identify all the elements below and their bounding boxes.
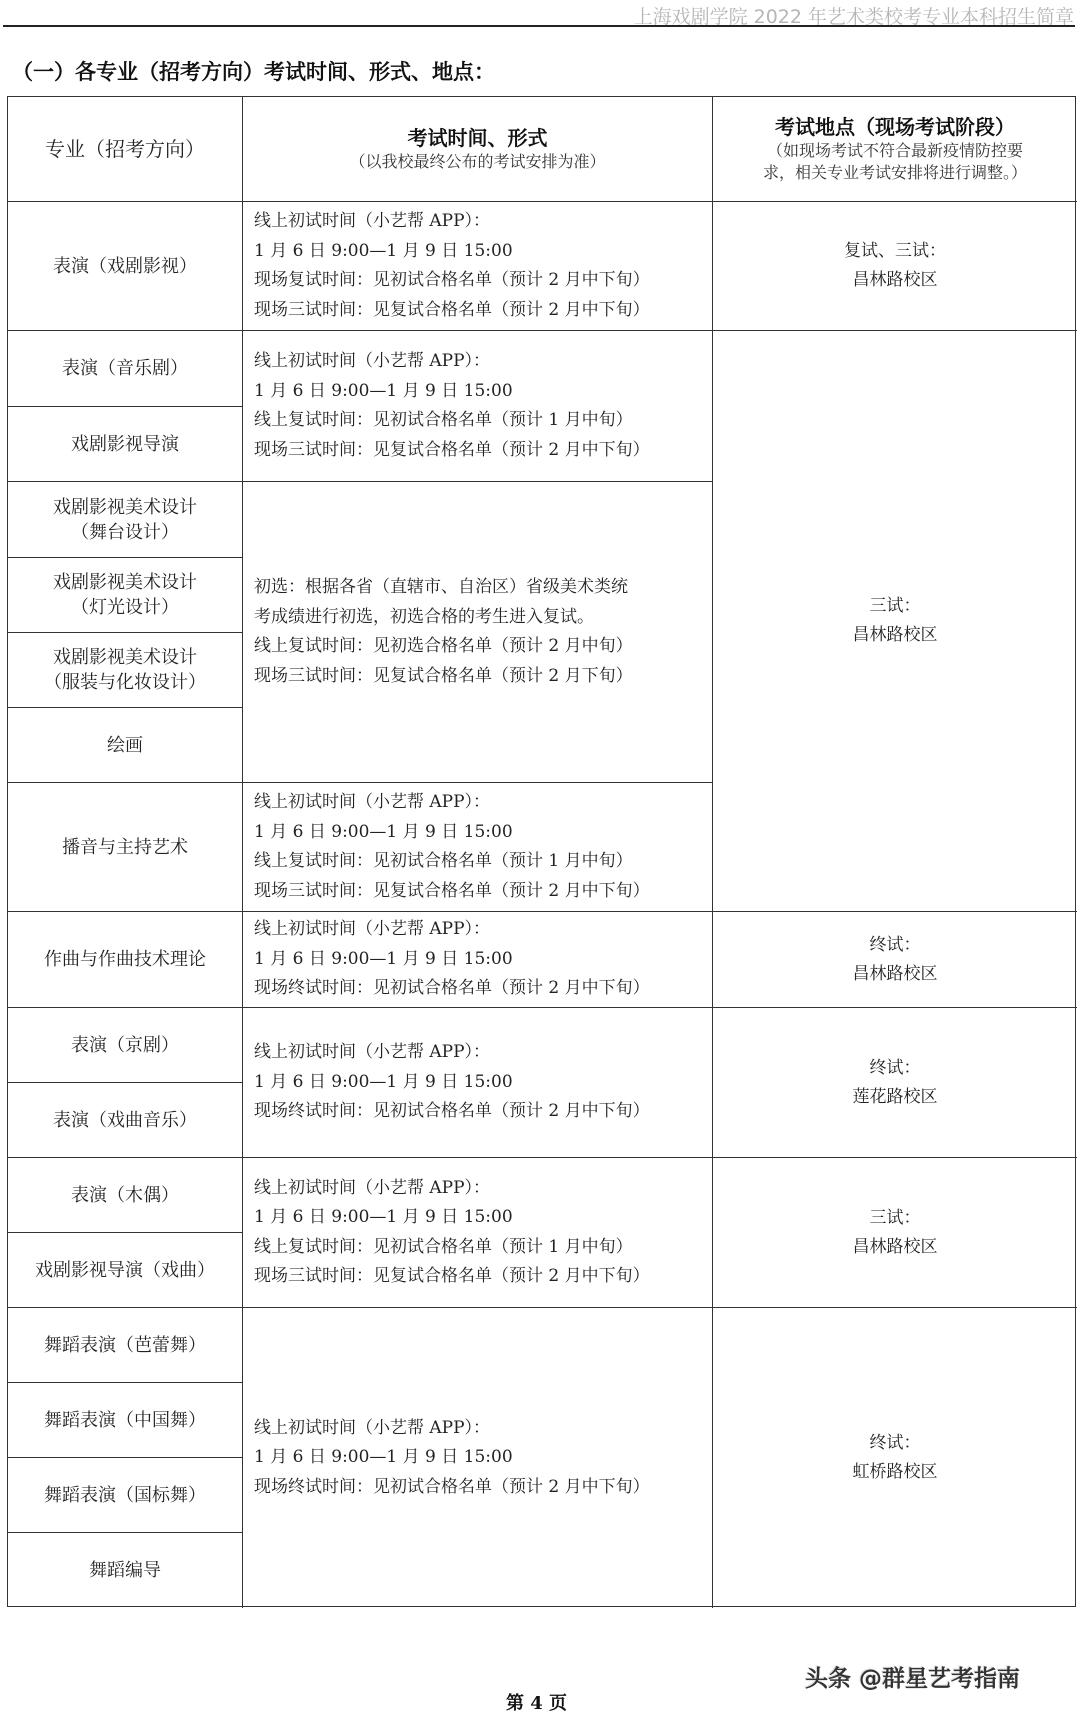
header-rule <box>3 25 1075 27</box>
major-cell: 舞蹈表演（国标舞） <box>8 1458 243 1533</box>
header-major-label: 专业（招考方向） <box>45 137 205 162</box>
major-cell: 表演（戏剧影视） <box>8 202 243 331</box>
schedule-line: 1 月 6 日 9:00—1 月 9 日 15:00 <box>254 945 650 975</box>
major-cell: 戏剧影视美术设计 （服装与化妆设计） <box>8 633 243 708</box>
schedule-line: 现场复试时间：见初试合格名单（预计 2 月中下旬） <box>254 266 650 296</box>
location-stage: 终试： <box>853 1054 938 1083</box>
location-stage: 复试、三试： <box>844 237 946 266</box>
major-name: 戏剧影视美术设计 <box>53 570 197 595</box>
schedule-line: 现场三试时间：见复试合格名单（预计 2 月中下旬） <box>254 296 650 326</box>
schedule-cell: 线上初试时间（小艺帮 APP）： 1 月 6 日 9:00—1 月 9 日 15… <box>243 202 713 331</box>
major-name: 戏剧影视导演 <box>71 432 179 457</box>
major-cell: 戏剧影视美术设计 （灯光设计） <box>8 558 243 633</box>
major-cell: 表演（木偶） <box>8 1158 243 1233</box>
schedule-line: 现场三试时间：见复试合格名单（预计 2 月下旬） <box>254 662 633 692</box>
schedule-cell: 初选：根据各省（直辖市、自治区）省级美术类统 考成绩进行初选，初选合格的考生进入… <box>243 482 713 783</box>
major-name: 表演（戏剧影视） <box>53 254 197 279</box>
schedule-line: 线上初试时间（小艺帮 APP）： <box>254 788 650 818</box>
major-cell: 舞蹈编导 <box>8 1533 243 1608</box>
header-location-note-1: （如现场考试不符合最新疫情防控要 <box>767 140 1023 162</box>
schedule-line: 考成绩进行初选，初选合格的考生进入复试。 <box>254 603 633 633</box>
schedule-line: 线上初试时间（小艺帮 APP）： <box>254 347 650 377</box>
location-campus: 昌林路校区 <box>853 960 938 989</box>
location-stage: 三试： <box>853 592 938 621</box>
major-cell: 舞蹈表演（芭蕾舞） <box>8 1308 243 1383</box>
major-cell: 播音与主持艺术 <box>8 783 243 912</box>
schedule-line: 现场终试时间：见初试合格名单（预计 2 月中下旬） <box>254 1473 650 1503</box>
major-subname: （服装与化妆设计） <box>44 670 206 695</box>
location-cell: 终试： 虹桥路校区 <box>713 1308 1077 1608</box>
schedule-line: 现场三试时间：见复试合格名单（预计 2 月中下旬） <box>254 877 650 907</box>
schedule-line: 线上复试时间：见初试合格名单（预计 1 月中旬） <box>254 406 650 436</box>
major-subname: （灯光设计） <box>71 595 179 620</box>
header-schedule: 考试时间、形式 （以我校最终公布的考试安排为准） <box>243 97 713 202</box>
schedule-line: 线上初试时间（小艺帮 APP）： <box>254 1174 650 1204</box>
major-cell: 表演（音乐剧） <box>8 331 243 407</box>
schedule-cell: 线上初试时间（小艺帮 APP）： 1 月 6 日 9:00—1 月 9 日 15… <box>243 331 713 482</box>
major-name: 表演（京剧） <box>71 1033 179 1058</box>
schedule-line: 线上复试时间：见初试合格名单（预计 1 月中旬） <box>254 847 650 877</box>
schedule-line: 线上初试时间（小艺帮 APP）： <box>254 1038 650 1068</box>
page-number: 第 4 页 <box>506 1689 567 1712</box>
location-campus: 虹桥路校区 <box>853 1458 938 1487</box>
schedule-line: 1 月 6 日 9:00—1 月 9 日 15:00 <box>254 377 650 407</box>
location-stage: 终试： <box>853 1429 938 1458</box>
location-campus: 昌林路校区 <box>853 1233 938 1262</box>
major-name: 舞蹈表演（国标舞） <box>44 1483 206 1508</box>
schedule-line: 1 月 6 日 9:00—1 月 9 日 15:00 <box>254 1068 650 1098</box>
schedule-line: 现场三试时间：见复试合格名单（预计 2 月中下旬） <box>254 436 650 466</box>
location-cell: 复试、三试： 昌林路校区 <box>713 202 1077 331</box>
major-name: 舞蹈编导 <box>89 1558 161 1583</box>
major-cell: 表演（戏曲音乐） <box>8 1083 243 1158</box>
location-cell: 三试： 昌林路校区 <box>713 331 1077 912</box>
major-cell: 舞蹈表演（中国舞） <box>8 1383 243 1458</box>
major-name: 戏剧影视导演（戏曲） <box>35 1258 215 1283</box>
header-location: 考试地点（现场考试阶段） （如现场考试不符合最新疫情防控要 求，相关专业考试安排… <box>713 97 1077 202</box>
location-stage: 终试： <box>853 931 938 960</box>
header-major: 专业（招考方向） <box>8 97 243 202</box>
location-cell: 终试： 莲花路校区 <box>713 1008 1077 1158</box>
location-cell: 终试： 昌林路校区 <box>713 912 1077 1008</box>
schedule-line: 1 月 6 日 9:00—1 月 9 日 15:00 <box>254 818 650 848</box>
header-schedule-note: （以我校最终公布的考试安排为准） <box>349 151 605 173</box>
schedule-cell: 线上初试时间（小艺帮 APP）： 1 月 6 日 9:00—1 月 9 日 15… <box>243 1008 713 1158</box>
location-campus: 莲花路校区 <box>853 1083 938 1112</box>
header-schedule-title: 考试时间、形式 <box>408 125 548 151</box>
major-name: 戏剧影视美术设计 <box>53 495 197 520</box>
watermark: 头条 @群星艺考指南 <box>805 1660 1020 1693</box>
major-name: 表演（音乐剧） <box>62 356 188 381</box>
major-subname: （舞台设计） <box>71 520 179 545</box>
schedule-line: 线上复试时间：见初选合格名单（预计 2 月中旬） <box>254 632 633 662</box>
location-campus: 昌林路校区 <box>853 621 938 650</box>
major-cell: 戏剧影视导演 <box>8 407 243 482</box>
major-cell: 作曲与作曲技术理论 <box>8 912 243 1008</box>
schedule-line: 现场终试时间：见初试合格名单（预计 2 月中下旬） <box>254 1097 650 1127</box>
major-name: 表演（木偶） <box>71 1183 179 1208</box>
schedule-line: 线上复试时间：见初试合格名单（预计 1 月中旬） <box>254 1233 650 1263</box>
major-name: 播音与主持艺术 <box>62 835 188 860</box>
schedule-line: 现场终试时间：见初试合格名单（预计 2 月中下旬） <box>254 974 650 1004</box>
schedule-line: 1 月 6 日 9:00—1 月 9 日 15:00 <box>254 1203 650 1233</box>
schedule-line: 1 月 6 日 9:00—1 月 9 日 15:00 <box>254 1443 650 1473</box>
schedule-cell: 线上初试时间（小艺帮 APP）： 1 月 6 日 9:00—1 月 9 日 15… <box>243 1158 713 1308</box>
major-cell: 绘画 <box>8 708 243 783</box>
schedule-cell: 线上初试时间（小艺帮 APP）： 1 月 6 日 9:00—1 月 9 日 15… <box>243 783 713 912</box>
schedule-cell: 线上初试时间（小艺帮 APP）： 1 月 6 日 9:00—1 月 9 日 15… <box>243 912 713 1008</box>
schedule-line: 线上初试时间（小艺帮 APP）： <box>254 1414 650 1444</box>
major-name: 绘画 <box>107 733 143 758</box>
major-name: 舞蹈表演（芭蕾舞） <box>44 1333 206 1358</box>
major-cell: 戏剧影视导演（戏曲） <box>8 1233 243 1308</box>
schedule-line: 初选：根据各省（直辖市、自治区）省级美术类统 <box>254 573 633 603</box>
schedule-line: 线上初试时间（小艺帮 APP）： <box>254 207 650 237</box>
location-campus: 昌林路校区 <box>844 266 946 295</box>
major-name: 舞蹈表演（中国舞） <box>44 1408 206 1433</box>
schedule-line: 现场三试时间：见复试合格名单（预计 2 月中下旬） <box>254 1262 650 1292</box>
major-cell: 戏剧影视美术设计 （舞台设计） <box>8 482 243 558</box>
location-stage: 三试： <box>853 1204 938 1233</box>
major-name: 作曲与作曲技术理论 <box>44 947 206 972</box>
major-cell: 表演（京剧） <box>8 1008 243 1083</box>
schedule-line: 线上初试时间（小艺帮 APP）： <box>254 915 650 945</box>
header-location-title: 考试地点（现场考试阶段） <box>775 114 1015 140</box>
major-name: 表演（戏曲音乐） <box>53 1108 197 1133</box>
section-title: （一）各专业（招考方向）考试时间、形式、地点： <box>12 56 495 86</box>
header-location-note-2: 求，相关专业考试安排将进行调整。） <box>763 162 1027 184</box>
major-name: 戏剧影视美术设计 <box>53 645 197 670</box>
schedule-cell: 线上初试时间（小艺帮 APP）： 1 月 6 日 9:00—1 月 9 日 15… <box>243 1308 713 1608</box>
exam-schedule-table: 专业（招考方向） 考试时间、形式 （以我校最终公布的考试安排为准） 考试地点（现… <box>7 96 1076 1607</box>
schedule-line: 1 月 6 日 9:00—1 月 9 日 15:00 <box>254 237 650 267</box>
location-cell: 三试： 昌林路校区 <box>713 1158 1077 1308</box>
